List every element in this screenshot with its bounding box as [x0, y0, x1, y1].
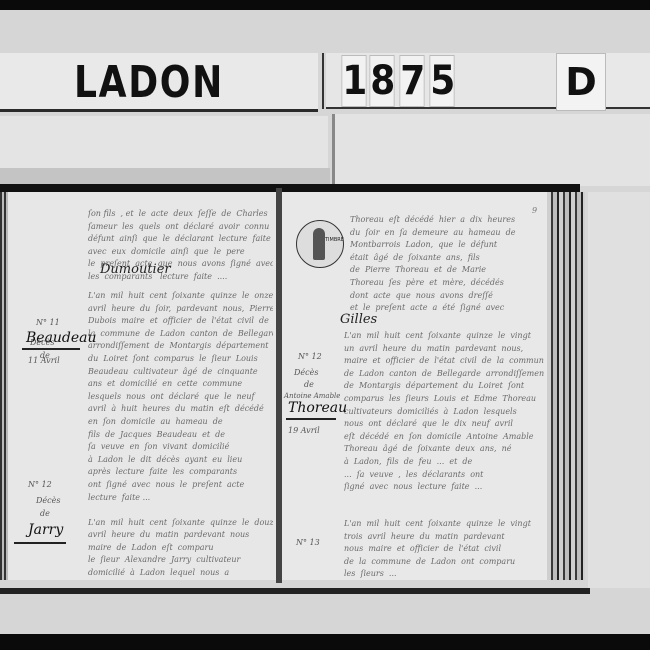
right-page-edges	[547, 192, 585, 580]
deceased-surname: Thoreau	[288, 400, 347, 416]
handwritten-text-block: Thoreau eſt décédé hier a dix heures du …	[350, 214, 542, 314]
handwritten-text-block: L'an mil huit cent ſoixante quinze le on…	[88, 290, 273, 580]
stamp-text: TIMBRE	[325, 237, 344, 243]
label-blank	[606, 53, 650, 109]
handwritten-text-block: L'an mil huit cent ſoixante quinze le vi…	[344, 518, 544, 578]
margin-date: 19 Avril	[288, 424, 320, 437]
margin-note: de	[40, 507, 50, 520]
entry-number: N° 12	[28, 478, 52, 491]
table-surface	[588, 192, 650, 588]
book-bottom-shadow	[0, 588, 590, 594]
entry-number: N° 13	[296, 536, 320, 549]
index-card-left	[0, 116, 328, 168]
entry-number: N° 11	[36, 316, 60, 329]
entry-number: N° 12	[298, 350, 322, 363]
town-name: LADON	[74, 57, 224, 108]
deceased-surname: Beaudeau	[26, 330, 97, 346]
year-digit: 8	[369, 55, 394, 107]
surname-underline	[22, 348, 80, 350]
record-type-label: D	[556, 53, 606, 111]
justice-seal-icon	[313, 228, 325, 260]
signature: Dumoutier	[100, 262, 171, 277]
handwritten-text-block: L'an mil huit cent ſoixante quinze le vi…	[344, 330, 544, 498]
year-digit: 7	[399, 55, 424, 107]
tax-stamp: TIMBRE	[296, 220, 344, 268]
margin-date: 11 Avril	[28, 354, 60, 367]
signature: Gilles	[340, 312, 377, 327]
label-divider	[322, 53, 324, 109]
deceased-surname: Jarry	[28, 522, 63, 538]
header-label-strip: LADON 1 8 7 5 D	[0, 53, 650, 111]
left-page-edges	[0, 192, 8, 580]
index-card-right	[332, 114, 650, 186]
town-label: LADON	[0, 53, 318, 112]
surname-underline	[286, 418, 336, 420]
year-label: 1 8 7 5	[326, 53, 556, 109]
scan-bottom-border	[0, 634, 650, 650]
scan-top-border	[0, 0, 650, 10]
surname-underline	[14, 542, 66, 544]
margin-note: Décès	[36, 494, 60, 507]
year-digit: 5	[429, 55, 454, 107]
year-digit: 1	[341, 55, 366, 107]
